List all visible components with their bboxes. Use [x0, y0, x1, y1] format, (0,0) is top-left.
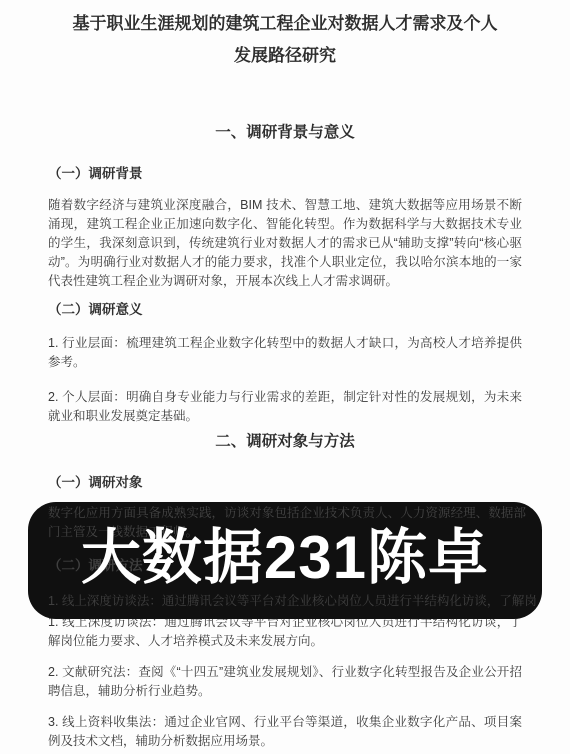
section-2-heading: 二、调研对象与方法	[48, 431, 522, 452]
section-1-heading: 一、调研背景与意义	[48, 122, 522, 143]
section-2-sub-1-heading: （一）调研对象	[48, 473, 522, 492]
method-item-2: 2. 文献研究法：查阅《“十四五”建筑业发展规划》、行业数字化转型报告及企业公开…	[48, 663, 522, 701]
obscured-method-line: 1. 线上深度访谈法：通过腾讯会议等平台对企业核心岗位人员进行半结构化访谈，了解…	[48, 592, 538, 611]
research-background-paragraph: 随着数字经济与建筑业深度融合，BIM 技术、智慧工地、建筑大数据等应用场景不断涌…	[48, 196, 522, 291]
method-item-3: 3. 线上资料收集法：通过企业官网、行业平台等渠道，收集企业数字化产品、项目案例…	[48, 713, 522, 751]
document-page: 基于职业生涯规划的建筑工程企业对数据人才需求及个人 发展路径研究 一、调研背景与…	[0, 0, 570, 754]
student-name-watermark: 大数据231陈卓	[28, 522, 542, 594]
document-title-line-1: 基于职业生涯规划的建筑工程企业对数据人才需求及个人	[48, 8, 522, 40]
document-title-line-2: 发展路径研究	[48, 40, 522, 72]
document-title: 基于职业生涯规划的建筑工程企业对数据人才需求及个人 发展路径研究	[48, 8, 522, 72]
significance-item-2: 2. 个人层面：明确自身专业能力与行业需求的差距，制定针对性的发展规划，为未来就…	[48, 388, 522, 426]
significance-item-1: 1. 行业层面：梳理建筑工程企业数字化转型中的数据人才缺口，为高校人才培养提供参…	[48, 334, 522, 372]
section-1-sub-1-heading: （一）调研背景	[48, 164, 522, 183]
section-1-sub-2-heading: （二）调研意义	[48, 300, 522, 319]
black-marker-annotation: 数字化应用方面具备成熟实践，访谈对象包括企业技术负责人、人力资源经理、数据部门主…	[28, 502, 542, 619]
document-body: 基于职业生涯规划的建筑工程企业对数据人才需求及个人 发展路径研究 一、调研背景与…	[0, 8, 570, 751]
